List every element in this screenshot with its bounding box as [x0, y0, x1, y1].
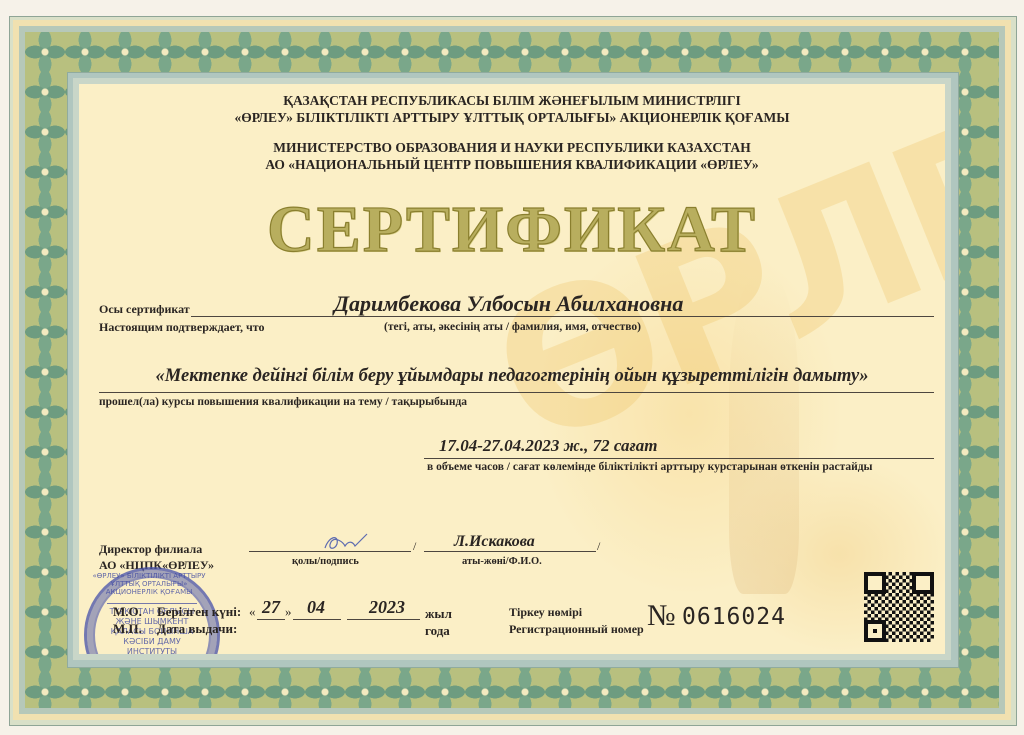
signatory-name: Л.Искакова: [454, 533, 535, 551]
topic-underline: [99, 392, 934, 393]
signatory-name-caption: аты-жөні/Ф.И.О.: [462, 556, 542, 567]
month-underline: [293, 619, 341, 620]
header-russian: МИНИСТЕРСТВО ОБРАЗОВАНИЯ И НАУКИ РЕСПУБЛ…: [79, 139, 945, 173]
course-topic: «Мектепке дейінгі білім беру ұйымдары пе…: [79, 366, 945, 387]
issue-month: 04: [307, 597, 325, 618]
certificate-sheet: ӨРЛЕУ ҚАЗАҚСТАН РЕСПУБЛИКАСЫ БІЛІМ ЖӘНЕҒ…: [0, 0, 1024, 735]
mp-kz: М.О.: [113, 604, 142, 620]
slash-separator: /: [413, 539, 416, 554]
issue-day: 27: [262, 597, 280, 618]
year-underline: [347, 619, 420, 620]
year-label-kz: жыл: [425, 606, 452, 622]
mp-ru: М.П.: [113, 621, 142, 637]
issue-date-label-kz: Берілген күні:: [157, 604, 241, 620]
issue-year: 2023: [369, 597, 405, 618]
issue-date-label-ru: Дата выдачи:: [157, 621, 237, 637]
header-ru-line1: МИНИСТЕРСТВО ОБРАЗОВАНИЯ И НАУКИ РЕСПУБЛ…: [79, 139, 945, 156]
recipient-name: Даримбекова Улбосын Абилхановна: [334, 291, 683, 317]
close-quote: »: [285, 604, 292, 620]
registration-label-ru: Регистрационный номер: [509, 622, 644, 637]
duration-caption: в объеме часов / сағат көлемінде білікті…: [427, 461, 873, 473]
registration-label-kz: Тіркеу нөмірі: [509, 605, 582, 620]
course-caption: прошел(ла) курсы повышения квалификации …: [99, 396, 467, 408]
certificate-body: ӨРЛЕУ ҚАЗАҚСТАН РЕСПУБЛИКАСЫ БІЛІМ ЖӘНЕҒ…: [79, 84, 945, 654]
recipient-underline: [191, 316, 934, 317]
header-kz-line1: ҚАЗАҚСТАН РЕСПУБЛИКАСЫ БІЛІМ ЖӘНЕҒЫЛЫМ М…: [79, 92, 945, 109]
number-sign: №: [647, 599, 676, 633]
recipient-label-ru: Настоящим подтверждает, что: [99, 320, 265, 335]
course-duration: 17.04-27.04.2023 ж., 72 сағат: [439, 436, 657, 456]
header-kz-line2: «ӨРЛЕУ» БІЛІКТІЛІКТІ АРТТЫРУ ҰЛТТЫҚ ОРТА…: [79, 109, 945, 126]
open-quote: «: [249, 604, 256, 620]
qr-finder: [864, 620, 886, 642]
registration-number: 0616024: [682, 604, 786, 630]
certificate-title: СЕРТИФИКАТ: [79, 192, 945, 268]
recipient-caption: (тегі, аты, әкесінің аты / фамилия, имя,…: [384, 321, 641, 333]
stamp-ring-text: «ӨРЛЕУ» БІЛІКТІЛІКТІ АРТТЫРУ ҰЛТТЫҚ ОРТА…: [87, 572, 211, 596]
signature-caption: қолы/подпись: [292, 556, 359, 567]
year-label-ru: года: [425, 623, 450, 639]
monument-watermark: [729, 274, 799, 594]
signatory-name-underline: [424, 551, 596, 552]
header-kazakh: ҚАЗАҚСТАН РЕСПУБЛИКАСЫ БІЛІМ ЖӘНЕҒЫЛЫМ М…: [79, 92, 945, 126]
qr-code: [864, 572, 934, 642]
recipient-label-kz: Осы сертификат: [99, 302, 190, 317]
header-ru-line2: АО «НАЦИОНАЛЬНЫЙ ЦЕНТР ПОВЫШЕНИЯ КВАЛИФИ…: [79, 156, 945, 173]
day-underline: [257, 619, 285, 620]
duration-underline: [424, 458, 934, 459]
slash-separator-2: /: [597, 539, 600, 554]
signature-underline: [249, 551, 411, 552]
signatory-role-line1: Директор филиала: [99, 542, 202, 557]
